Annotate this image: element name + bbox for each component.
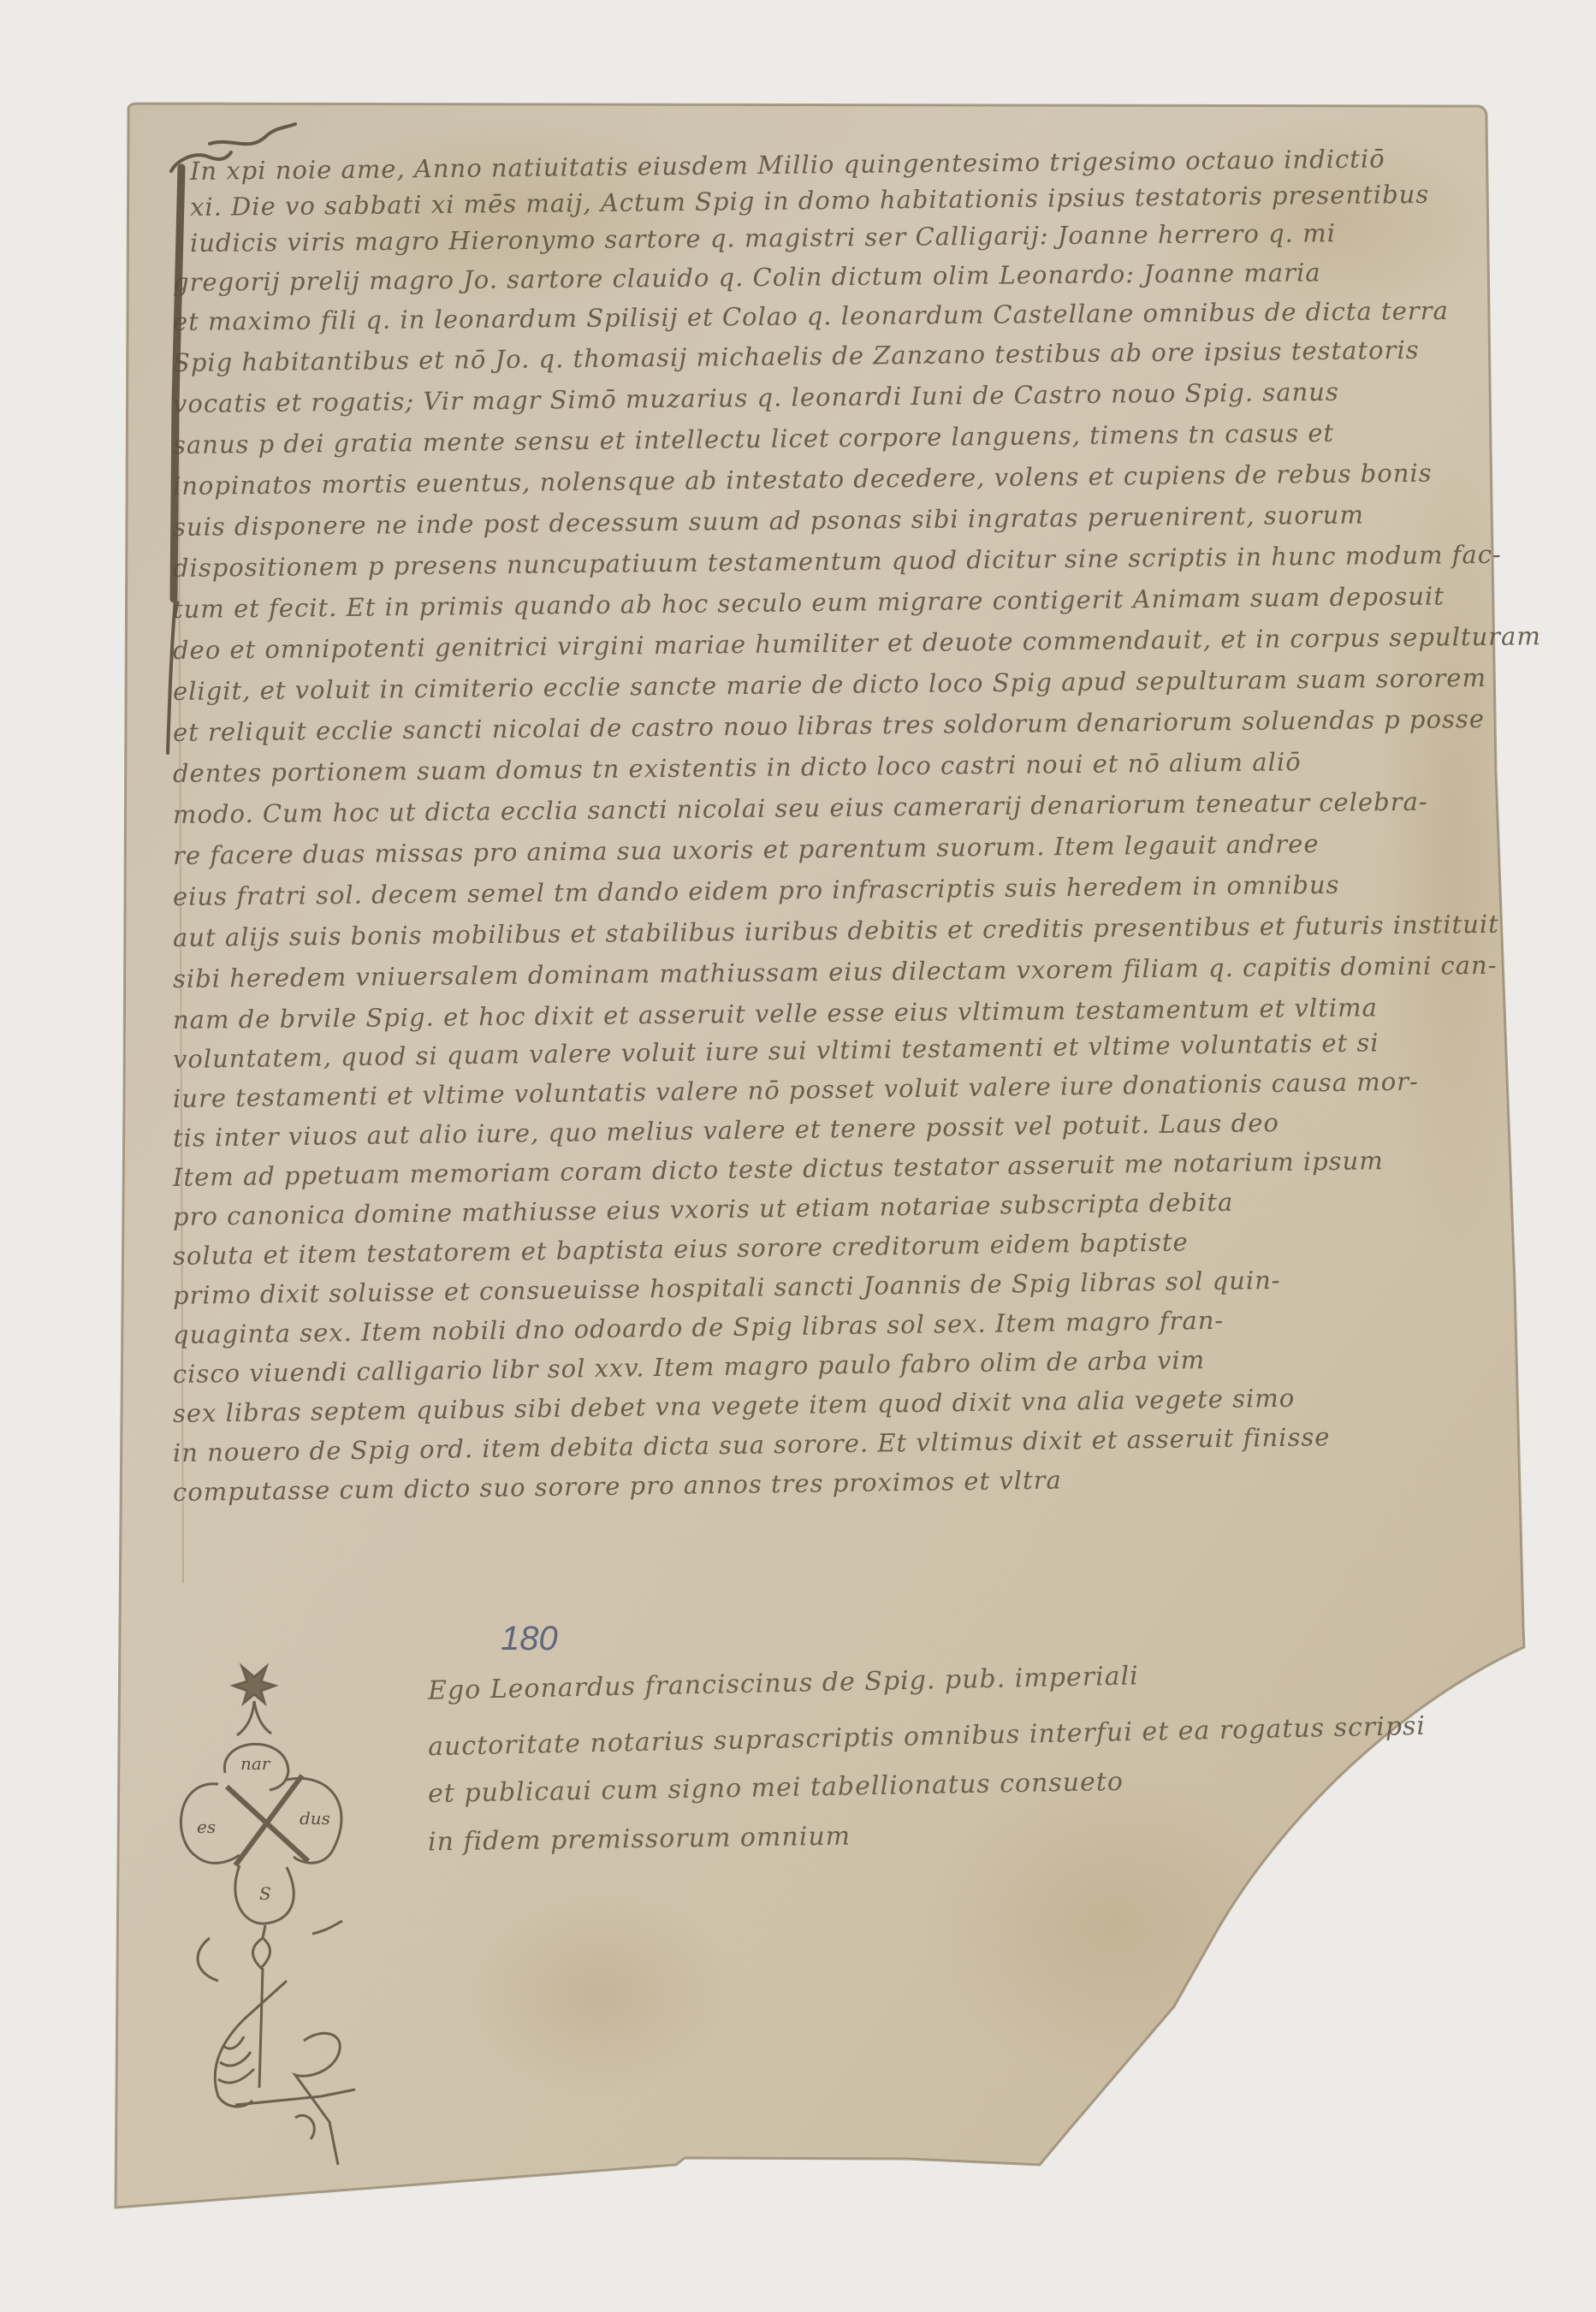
archive-number: 180 bbox=[501, 1620, 558, 1658]
sign-lobe-label: nar bbox=[240, 1753, 271, 1774]
sign-lobe-label: S bbox=[259, 1883, 271, 1904]
sign-lobe-label: dus bbox=[300, 1808, 330, 1829]
sign-lobe-label: es bbox=[197, 1817, 216, 1837]
subscription-line: in fidem premissorum omnium bbox=[428, 1822, 851, 1858]
notarial-sign: nar dus S es bbox=[158, 1643, 381, 2173]
manuscript-scan: In xpi noie ame, Anno natiuitatis eiusde… bbox=[0, 0, 1596, 2312]
